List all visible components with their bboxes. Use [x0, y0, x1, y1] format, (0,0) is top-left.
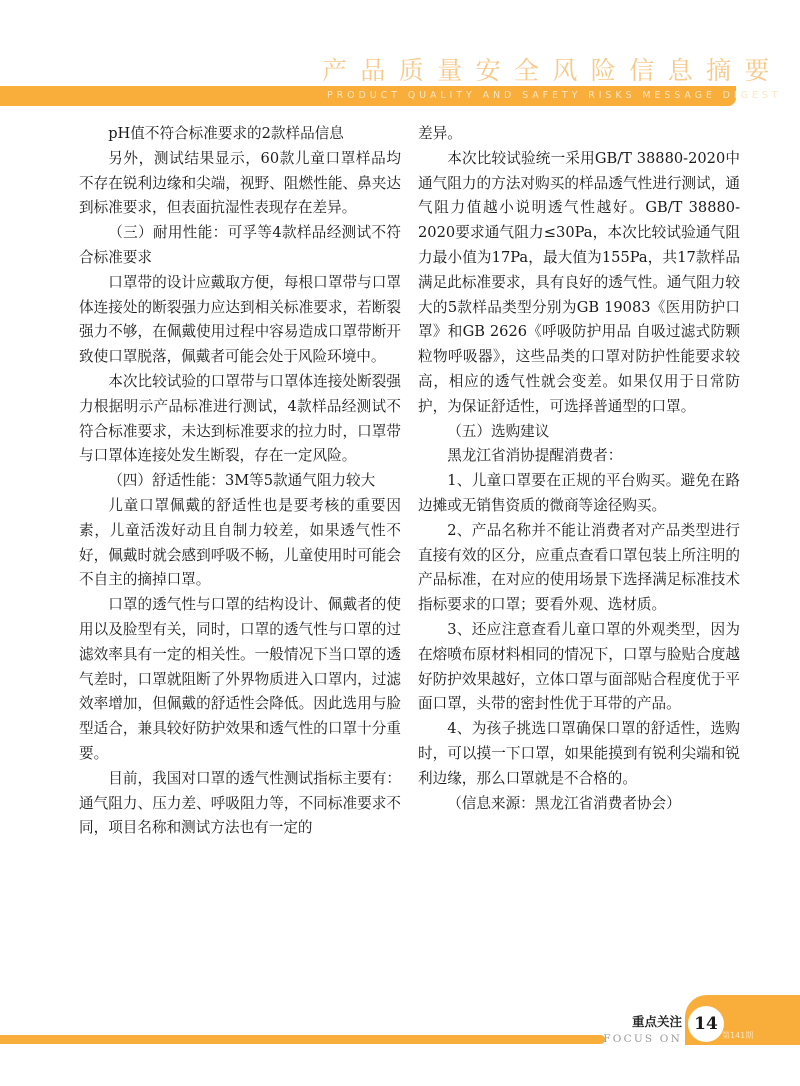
- header-title: 产品质量安全风险信息摘要: [322, 56, 732, 86]
- right-column: 差异。 本次比较试验统一采用GB/T 38880-2020中通气阻力的方法对购买…: [418, 122, 740, 816]
- page-number: 14: [688, 1006, 724, 1042]
- section-heading-buying-advice: （五）选购建议: [418, 420, 740, 445]
- paragraph: 口罩的透气性与口罩的结构设计、佩戴者的使用以及脸型有关，同时，口罩的透气性与口罩…: [79, 593, 401, 767]
- caption-ph-samples: pH值不符合标准要求的2款样品信息: [79, 122, 401, 147]
- footer-section-label: 重点关注: [612, 1014, 682, 1030]
- advice-item: 4、为孩子挑选口罩确保口罩的舒适性，选购时，可以摸一下口罩，如果能摸到有锐利尖端…: [418, 717, 740, 791]
- paragraph-continuation: 差异。: [418, 122, 740, 147]
- section-heading-comfort: （四）舒适性能：3M等5款通气阻力较大: [79, 469, 401, 494]
- source-note: （信息来源：黑龙江省消费者协会）: [418, 792, 740, 817]
- paragraph: 儿童口罩佩戴的舒适性也是要考核的重要因素，儿童活泼好动且自制力较差，如果透气性不…: [79, 494, 401, 593]
- paragraph: 另外，测试结果显示，60款儿童口罩样品均不存在锐利边缘和尖端，视野、阻燃性能、鼻…: [79, 147, 401, 221]
- footer-bar: [0, 1035, 605, 1044]
- paragraph: 本次比较试验统一采用GB/T 38880-2020中通气阻力的方法对购买的样品透…: [418, 147, 740, 420]
- left-column: pH值不符合标准要求的2款样品信息 另外，测试结果显示，60款儿童口罩样品均不存…: [79, 122, 401, 841]
- advice-item: 1、儿童口罩要在正规的平台购买。避免在路边摊或无销售资质的微商等途径购买。: [418, 469, 740, 519]
- paragraph: 口罩带的设计应戴取方便，每根口罩带与口罩体连接处的断裂强力应达到相关标准要求，若…: [79, 271, 401, 370]
- advice-item: 2、产品名称并不能让消费者对产品类型进行直接有效的区分，应重点查看口罩包装上所注…: [418, 519, 740, 618]
- paragraph: 本次比较试验的口罩带与口罩体连接处断裂强力根据明示产品标准进行测试，4款样品经测…: [79, 370, 401, 469]
- section-heading-durability: （三）耐用性能：可孚等4款样品经测试不符合标准要求: [79, 221, 401, 271]
- paragraph: 黑龙江省消协提醒消费者：: [418, 444, 740, 469]
- header-subtitle: PRODUCT QUALITY AND SAFETY RISKS MESSAGE…: [327, 89, 737, 103]
- advice-item: 3、还应注意查看儿童口罩的外观类型，因为在熔喷布原材料相同的情况下，口罩与脸贴合…: [418, 618, 740, 717]
- footer-section-label-en: FOCUS ON: [598, 1032, 682, 1046]
- paragraph: 目前，我国对口罩的透气性测试指标主要有：通气阻力、压力差、呼吸阻力等，不同标准要…: [79, 767, 401, 841]
- issue-number: 第141期: [722, 1031, 753, 1041]
